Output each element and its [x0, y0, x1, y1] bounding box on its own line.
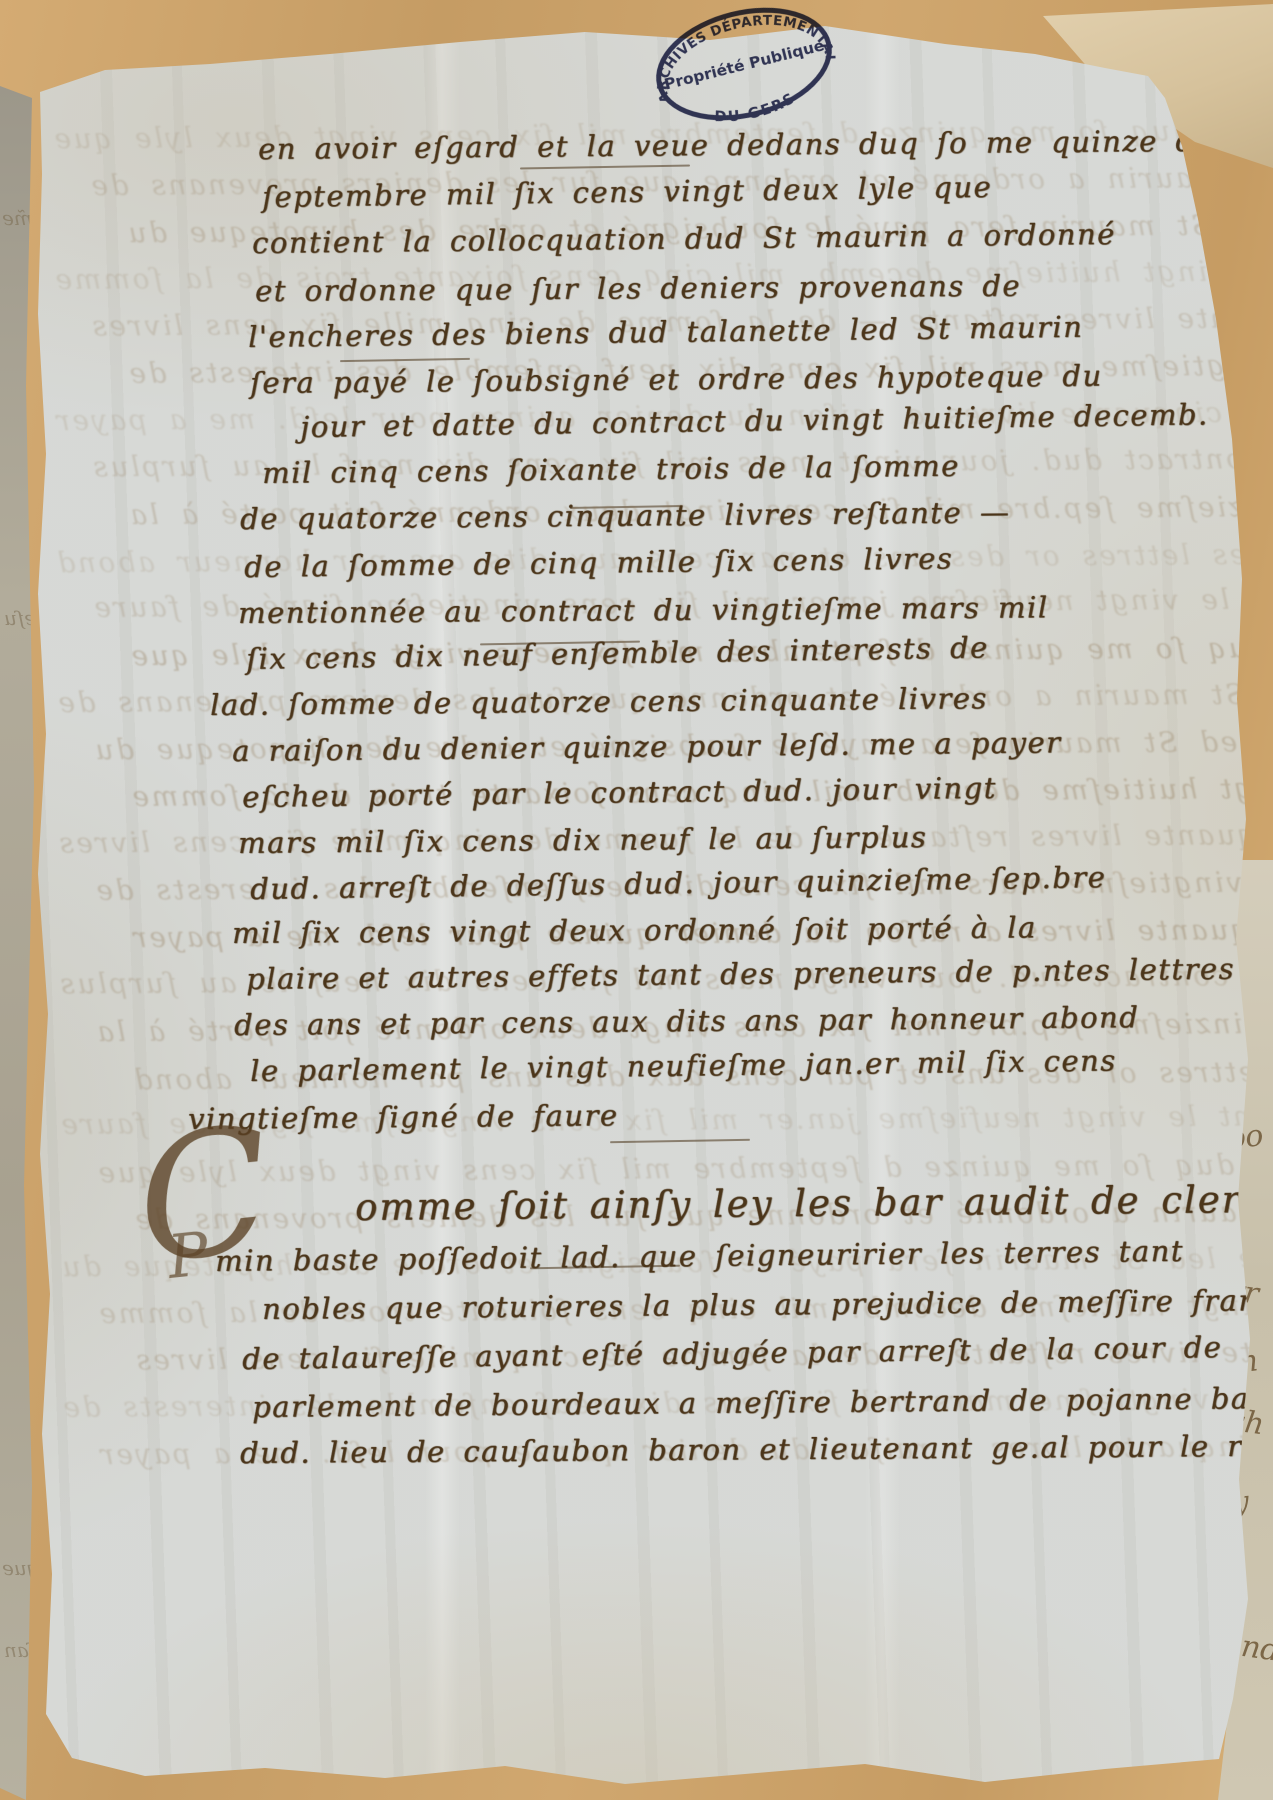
handwriting-line: mil cinq cens ſoixante trois de la ſomme [262, 449, 960, 490]
handwriting-line: et ordonne que ſur les deniers provenans… [255, 269, 1021, 308]
handwriting-line: de quatorze cens cinquante livres reſtan… [240, 495, 1010, 536]
handwriting-line: ſera payé le ſoubsigné et ordre des hypo… [250, 359, 1103, 400]
manuscript-photo: ım̃eeſugueſan porrshchyund en avoir eſga… [0, 0, 1273, 1800]
handwriting-line: omme ſoit ainſy ley les bar audit de cle… [355, 1177, 1273, 1229]
handwriting-line: dud. lieu de cauſaubon baron et lieutena… [240, 1429, 1273, 1470]
underlying-page-ink-fragment: gue [2, 1556, 40, 1580]
handwriting-line: parlement de bourdeaux a meſſire bertran… [252, 1381, 1273, 1424]
handwriting-line: a raiſon du denier quinze pour leſd. me … [232, 725, 1062, 768]
handwriting-line: de la ſomme de cinq mille ſix cens livre… [244, 541, 953, 584]
handwriting-line: lad. ſomme de quatorze cens cinquante li… [210, 681, 988, 722]
handwriting-line: mars mil ſix cens dix neuf le au ſurplus [238, 820, 927, 860]
underlying-page-ink-fragment: ım̃e [2, 206, 39, 230]
handwriting-line: mentionnée au contract du vingtieſme mar… [238, 590, 1049, 630]
manuscript-page: en avoir eſgard et la veue dedans duq ſo… [10, 14, 1250, 1792]
ink-stroke [610, 1139, 750, 1143]
calligraphic-initial-P: P [165, 1224, 211, 1288]
handwriting-line: mil ſix cens vingt deux ordonné ſoit por… [232, 910, 1037, 950]
underlying-left-page: ım̃eeſugueſan [0, 86, 38, 1800]
underlying-page-ink-fragment: eſu [4, 606, 36, 630]
handwriting-line: en avoir eſgard et la veue dedans duq ſo… [258, 124, 1196, 166]
underlying-page-ink-fragment: ſan [4, 1638, 36, 1662]
